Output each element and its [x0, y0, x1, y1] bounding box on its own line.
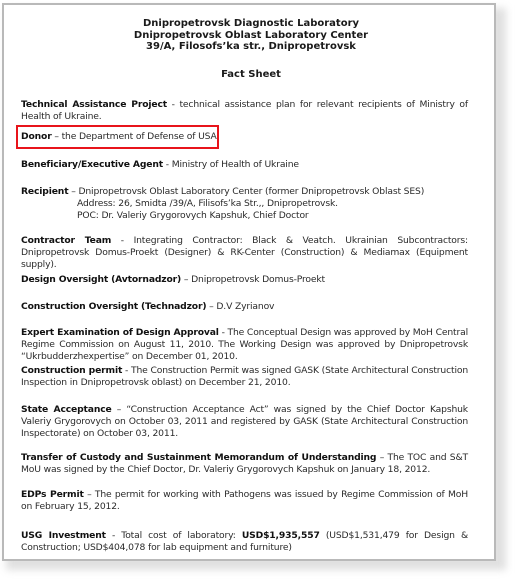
- section-recipient: Recipient – Dnipropetrovsk Oblast Labora…: [21, 186, 468, 221]
- section-label: State Acceptance: [21, 404, 112, 415]
- section-label: Expert Examination of Design Approval: [21, 327, 219, 338]
- section-construction-oversight: Construction Oversight (Technadzor) – D.…: [21, 301, 468, 313]
- section-label: Design Oversight (Avtornadzor): [21, 274, 181, 285]
- document-page: Dnipropetrovsk Diagnostic Laboratory Dni…: [2, 3, 496, 561]
- section-usg-investment: USG Investment - Total cost of laborator…: [21, 530, 468, 554]
- section-label: Transfer of Custody and Sustainment Memo…: [21, 452, 376, 463]
- document-header: Dnipropetrovsk Diagnostic Laboratory Dni…: [4, 18, 498, 53]
- section-label: Construction Oversight (Technadzor): [21, 301, 206, 312]
- recipient-address: Address: 26, Smidta /39/A, Filisofs’ka S…: [21, 198, 468, 210]
- section-label: Technical Assistance Project: [21, 99, 167, 110]
- document-title: Fact Sheet: [4, 69, 498, 80]
- section-text: D.V Zyrianov: [216, 301, 274, 312]
- section-donor: Donor – the Department of Defense of USA: [21, 131, 468, 143]
- section-text: Dnipropetrovsk Oblast Laboratory Center …: [78, 186, 424, 197]
- section-edps-permit: EDPs Permit – The permit for working wit…: [21, 489, 468, 513]
- section-expert-examination: Expert Examination of Design Approval - …: [21, 327, 468, 362]
- section-label: Beneficiary/Executive Agent: [21, 159, 163, 170]
- section-label: Construction permit: [21, 365, 122, 376]
- section-transfer-of-custody: Transfer of Custody and Sustainment Memo…: [21, 452, 468, 476]
- section-text: the Department of Defense of USA: [62, 131, 217, 142]
- section-label: Recipient: [21, 186, 68, 197]
- section-beneficiary: Beneficiary/Executive Agent - Ministry o…: [21, 159, 468, 171]
- section-label: Donor: [21, 131, 52, 142]
- section-label: USG Investment: [21, 530, 106, 541]
- header-line-address: 39/A, Filosofs’ka str., Dnipropetrovsk: [4, 41, 498, 53]
- section-text: Dnipropetrovsk Domus-Proekt: [191, 274, 325, 285]
- section-state-acceptance: State Acceptance – “Construction Accepta…: [21, 404, 468, 439]
- section-label: Contractor Team: [21, 235, 111, 246]
- header-line-center-name: Dnipropetrovsk Oblast Laboratory Center: [4, 30, 498, 42]
- section-technical-assistance: Technical Assistance Project - technical…: [21, 99, 468, 123]
- total-cost-value: USD$1,935,557: [242, 530, 320, 541]
- section-contractor-team: Contractor Team - Integrating Contractor…: [21, 235, 468, 270]
- section-design-oversight: Design Oversight (Avtornadzor) – Dniprop…: [21, 274, 468, 286]
- section-construction-permit: Construction permit - The Construction P…: [21, 365, 468, 389]
- section-text: Ministry of Health of Ukraine: [172, 159, 299, 170]
- section-label: EDPs Permit: [21, 489, 84, 500]
- recipient-poc: POC: Dr. Valeriy Grygorovych Kapshuk, Ch…: [21, 210, 468, 222]
- header-line-lab-name: Dnipropetrovsk Diagnostic Laboratory: [4, 18, 498, 30]
